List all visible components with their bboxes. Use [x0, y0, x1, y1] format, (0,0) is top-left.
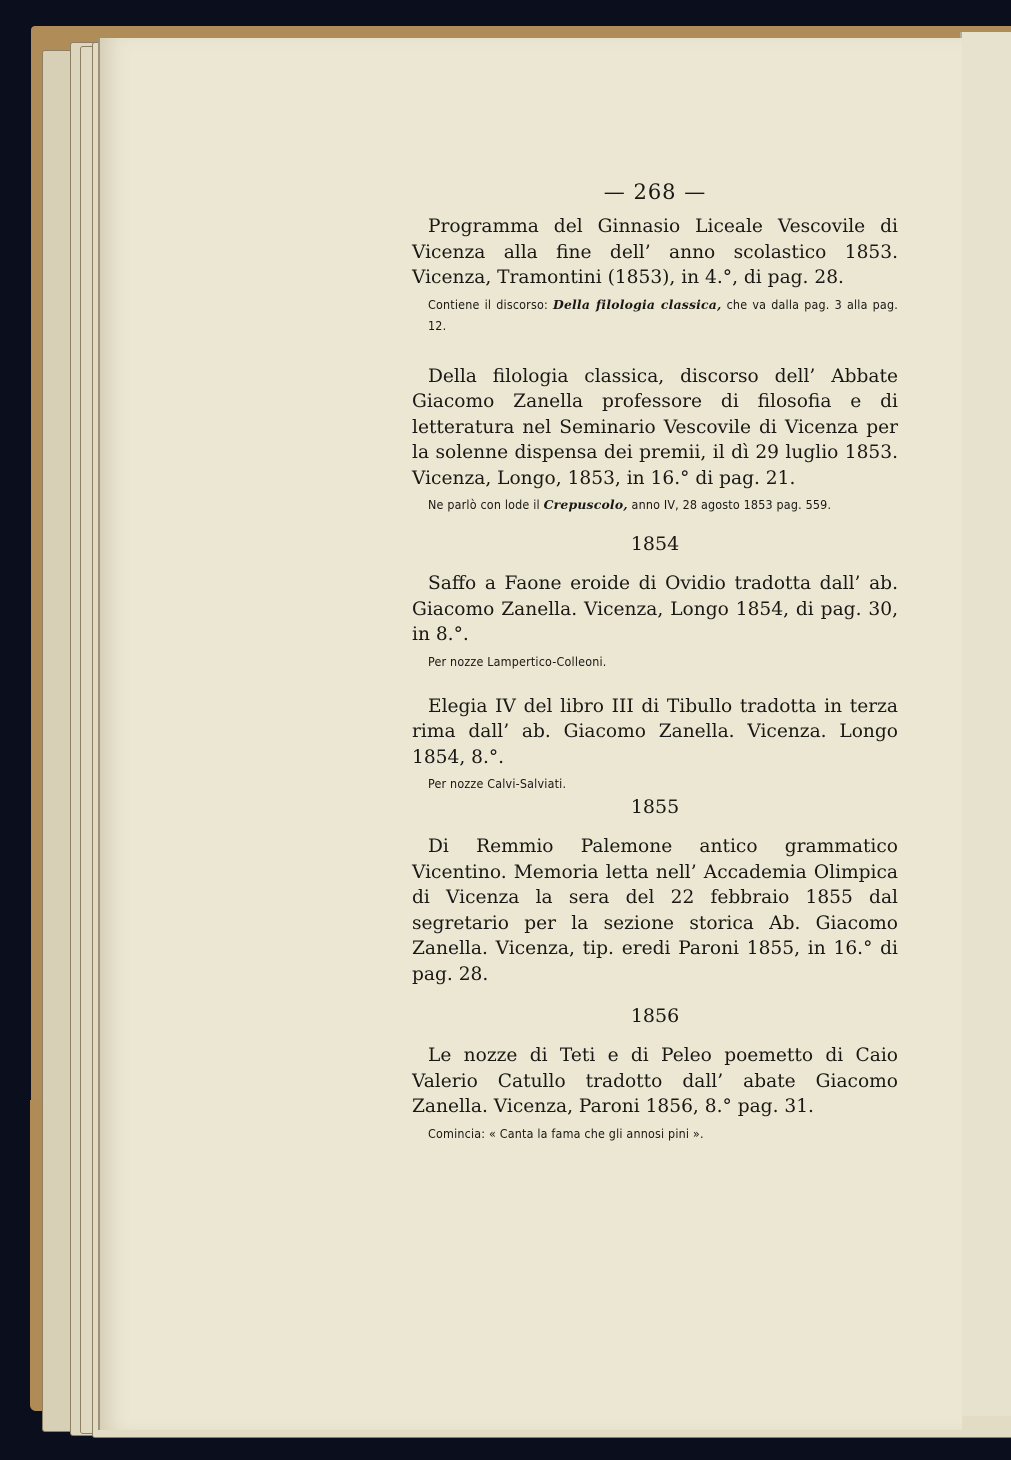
entry-note: Per nozze Calvi-Salviati. [412, 773, 898, 794]
page-number: — 268 — [412, 180, 898, 204]
year-heading: 1856 [412, 1005, 898, 1027]
entry-text: Di Remmio Palemone antico grammatico Vic… [412, 834, 898, 987]
bibliography-entry: Saffo a Faone eroide di Ovidio tradotta … [412, 571, 898, 648]
entry-text: Programma del Ginnasio Liceale Vescovile… [412, 214, 898, 291]
year-heading: 1855 [412, 796, 898, 818]
entry-text: Le nozze di Teti e di Peleo poemetto di … [412, 1043, 898, 1120]
entry-note: Ne parlò con lode il Crepuscolo, anno IV… [412, 494, 898, 515]
entry-text: Saffo a Faone eroide di Ovidio tradotta … [412, 571, 898, 648]
entry-note: Per nozze Lampertico-Colleoni. [412, 651, 898, 672]
bibliography-entry: Della filologia classica, discorso dell’… [412, 364, 898, 492]
entry-text: Della filologia classica, discorso dell’… [412, 364, 898, 492]
entry-text: Elegia IV del libro III di Tibullo trado… [412, 694, 898, 771]
bibliography-entry: Di Remmio Palemone antico grammatico Vic… [412, 834, 898, 987]
bibliography-entry: Le nozze di Teti e di Peleo poemetto di … [412, 1043, 898, 1120]
year-heading: 1854 [412, 533, 898, 555]
spacer [412, 336, 898, 364]
facing-page-edge [960, 32, 1011, 1416]
bibliography-entry: Programma del Ginnasio Liceale Vescovile… [412, 214, 898, 291]
spacer [412, 672, 898, 694]
page-content: — 268 — Programma del Ginnasio Liceale V… [412, 180, 898, 1144]
entry-note: Comincia: « Canta la fama che gli annosi… [412, 1123, 898, 1144]
entry-note: Contiene il discorso: Della filologia cl… [412, 294, 898, 336]
bibliography-entry: Elegia IV del libro III di Tibullo trado… [412, 694, 898, 771]
